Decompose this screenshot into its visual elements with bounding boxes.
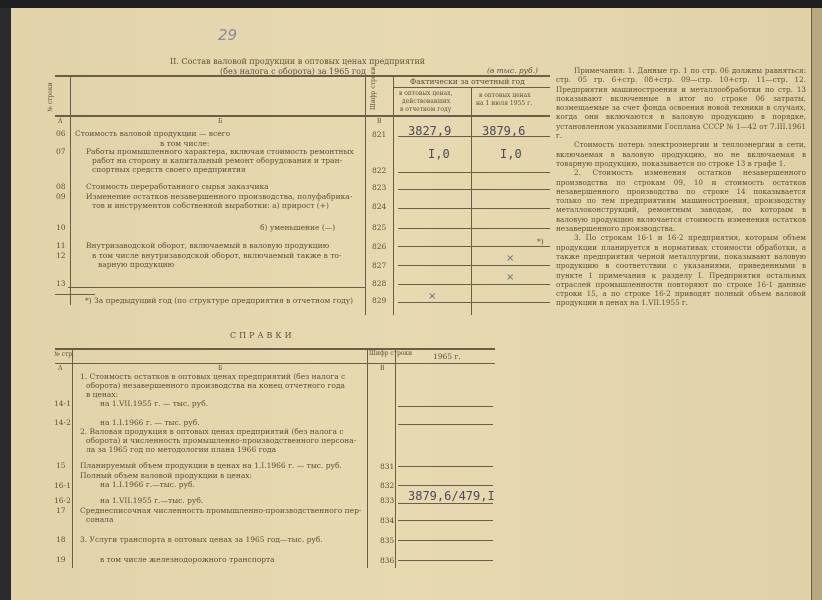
row-rule <box>398 284 550 285</box>
ref-label: на 1.VII.1955 г.—тыс. руб. <box>100 497 203 505</box>
header-col1: в отчетном году <box>400 107 451 113</box>
letter-v: В <box>377 119 381 125</box>
ref-label: на 1.VII.1955 г. — тыс. руб. <box>100 400 208 408</box>
table-header-rule <box>55 115 550 117</box>
row-label: Стоимость переработанного сырья заказчик… <box>86 183 269 191</box>
ref-code: 835 <box>380 537 394 545</box>
row-code: 826 <box>372 243 386 251</box>
row-rule <box>398 406 493 407</box>
ref-num: 15 <box>56 462 66 470</box>
row-code: 821 <box>372 131 386 139</box>
header-subrule <box>393 87 550 88</box>
cross-mark: × <box>506 253 514 264</box>
row-code: 827 <box>372 262 386 270</box>
row-num: 13 <box>56 280 66 288</box>
row-rule <box>398 466 493 467</box>
footnote-marker: *) <box>537 238 544 246</box>
ref-code: 836 <box>380 557 394 565</box>
ref-label: в том числе железнодорожного транспорта <box>100 556 275 564</box>
col-divider <box>471 87 472 315</box>
ref-num: 14-1 <box>54 400 71 408</box>
letter-v: В <box>380 366 384 372</box>
ref-num: 19 <box>56 556 66 564</box>
row-rule <box>398 302 550 303</box>
ref-col-divider <box>395 348 396 568</box>
row-rule <box>398 265 550 266</box>
row-code: 824 <box>372 203 386 211</box>
page-right-edge <box>811 8 822 600</box>
cell-value[interactable]: I,0 <box>428 147 450 161</box>
ref-label: 1. Стоимость остатков в оптовых ценах пр… <box>80 373 345 381</box>
ref-label: сонала <box>86 516 113 524</box>
reference-title: СПРАВКИ <box>230 332 295 340</box>
page-number-pencil: 29 <box>218 26 237 44</box>
row-rule <box>398 540 493 541</box>
ref-label: ла за 1965 год по методологии плана 1966… <box>86 446 276 454</box>
col-divider <box>365 75 366 315</box>
row-rule <box>398 208 550 209</box>
col-divider <box>70 75 71 305</box>
ref-label: оборота) незавершенного производства на … <box>86 382 345 390</box>
cross-mark: × <box>506 272 514 283</box>
row-num: 12 <box>56 252 66 260</box>
cell-value[interactable]: I,0 <box>500 147 522 161</box>
note-paragraph: 2. Стоимость изменения остатков незаверш… <box>556 168 806 233</box>
header-col1: в оптовых ценах, <box>399 91 453 97</box>
ref-label: на 1.I.1966 г.—тыс. руб. <box>100 481 195 489</box>
header-code: Шифр строки <box>371 67 377 110</box>
cross-mark: × <box>428 291 436 302</box>
letter-a: А <box>58 366 63 372</box>
row-label: Внутризаводской оборот, включаемый в вал… <box>86 242 329 250</box>
letter-b: Б <box>218 119 222 125</box>
ref-num: 16-2 <box>54 497 71 505</box>
ref-label: оборота) и численность промышленно-произ… <box>86 437 356 445</box>
row-label: работ на сторону и капитальный ремонт об… <box>92 157 342 165</box>
row-rule <box>398 520 493 521</box>
row-rule <box>398 172 550 173</box>
row-rule <box>398 189 550 190</box>
ref-col-divider <box>72 348 73 568</box>
row-label: Работы промышленного характера, включая … <box>86 148 354 156</box>
row-code: 822 <box>372 167 386 175</box>
row-label: б) уменьшение (—) <box>260 224 335 232</box>
ref-col-divider <box>367 348 368 568</box>
row-num: 10 <box>56 224 66 232</box>
row-code: 828 <box>372 280 386 288</box>
footnote-rule <box>55 294 95 295</box>
section2-title: II. Состав валовой продукции в оптовых ц… <box>170 58 425 66</box>
ref-num: 14-2 <box>54 419 71 427</box>
ref-header-code: Шифр строки <box>369 351 412 357</box>
row-code: 829 <box>372 297 386 305</box>
row-num: 07 <box>56 148 66 156</box>
ref-code: 833 <box>380 497 394 505</box>
ref-label: Полный объем валовой продукции в ценах: <box>80 472 252 480</box>
row-rule <box>398 560 493 561</box>
ref-code: 832 <box>380 482 394 490</box>
ref-code: 831 <box>380 463 394 471</box>
ref-label: 2. Валовая продукция в оптовых ценах пре… <box>80 428 344 436</box>
header-col1: действовавших <box>402 99 450 105</box>
ref-header-rule <box>55 363 495 364</box>
row-code: 823 <box>372 184 386 192</box>
row-num: 11 <box>56 242 66 250</box>
ref-code: 834 <box>380 517 394 525</box>
ref-header-num: № стр. <box>54 352 74 358</box>
row-label: в том числе внутризаводской оборот, вклю… <box>92 252 341 260</box>
cell-value[interactable]: 3879,6/479,I <box>408 489 495 503</box>
row-label: спортных средств своего предприятия <box>92 166 246 174</box>
note-paragraph: Стоимость потерь электроэнергии и теплоэ… <box>556 140 806 168</box>
ref-label: Среднесписочная численность промышленно-… <box>80 507 361 515</box>
ref-num: 18 <box>56 536 66 544</box>
ref-top-rule <box>55 348 495 350</box>
header-row-num: № строки <box>48 83 54 112</box>
row-num: 09 <box>56 193 66 201</box>
ref-label: 3. Услуги транспорта в оптовых ценах за … <box>80 536 323 544</box>
ref-label: Планируемый объем продукции в ценах на 1… <box>80 462 342 470</box>
table-bottom-rule <box>68 287 366 288</box>
scanner-top-border <box>0 0 822 8</box>
col-divider <box>393 75 394 315</box>
row-label: Изменение остатков незавершенного произв… <box>86 193 352 201</box>
note-paragraph: Примечания: 1. Данные гр. 1 по стр. 06 д… <box>556 66 806 140</box>
row-rule <box>398 485 493 486</box>
note-paragraph: 3. По строкам 16-1 и 16-2 предприятия, к… <box>556 233 806 307</box>
row-rule <box>398 246 550 247</box>
ref-header-year: 1965 г. <box>433 353 461 361</box>
header-col2: в оптовых ценах <box>479 93 531 99</box>
footnote: *) За предыдущий год (по структуре предп… <box>85 297 353 305</box>
row-label: варную продукцию <box>98 261 174 269</box>
row-num: 08 <box>56 183 66 191</box>
row-rule <box>398 503 493 504</box>
ref-num: 16-1 <box>54 482 71 490</box>
ref-label: на 1.I.1966 г. — тыс. руб. <box>100 419 200 427</box>
row-num: 06 <box>56 130 66 138</box>
row-rule <box>398 136 550 137</box>
row-rule <box>398 424 493 425</box>
row-rule <box>398 228 550 229</box>
header-col2: на 1 июля 1955 г. <box>476 101 532 107</box>
ref-num: 17 <box>56 507 66 515</box>
units-label: (в тыс. руб.) <box>487 67 538 75</box>
row-code: 825 <box>372 224 386 232</box>
notes-block: Примечания: 1. Данные гр. 1 по стр. 06 д… <box>556 66 806 308</box>
ref-label: в ценах: <box>86 391 118 399</box>
header-fact: Фактически за отчетный год <box>410 78 525 86</box>
row-label: Стоимость валовой продукции — всего <box>75 130 230 138</box>
letter-a: А <box>58 119 63 125</box>
row-label: тов и инструментов собственной выработки… <box>92 202 329 210</box>
